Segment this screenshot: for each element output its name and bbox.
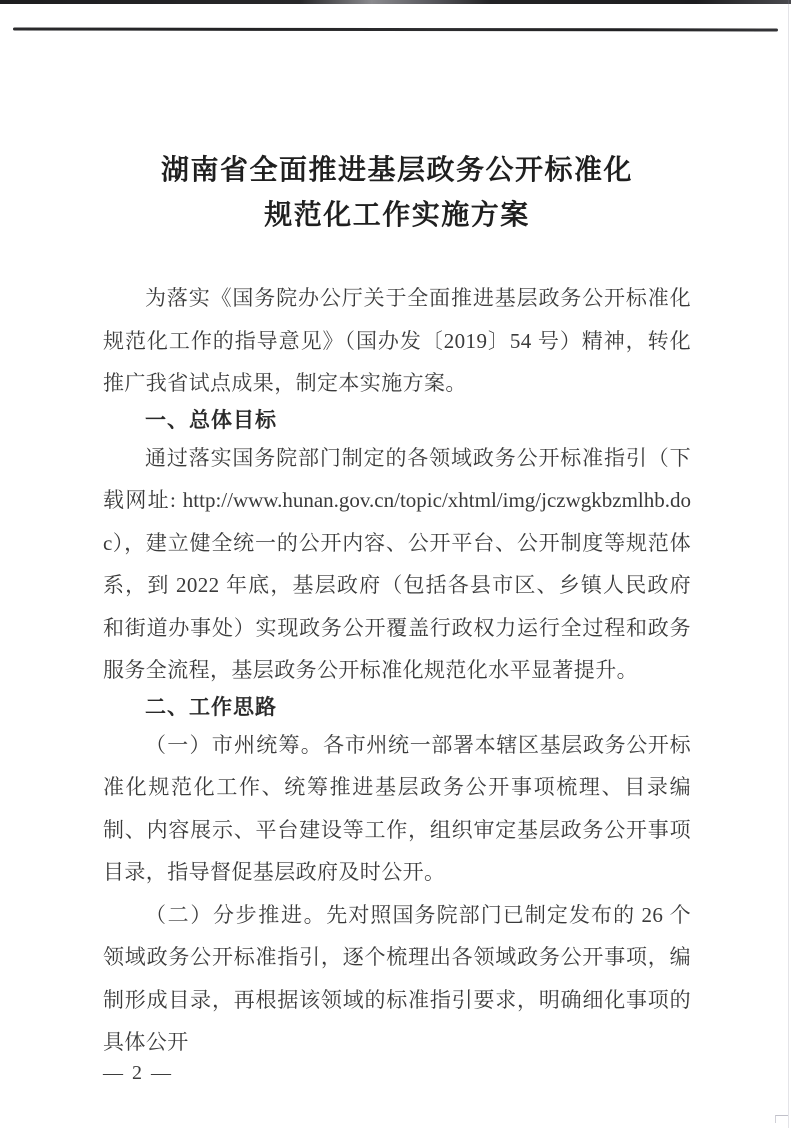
section-heading-overall-goals: 一、总体目标 xyxy=(103,405,691,437)
document-title: 湖南省全面推进基层政务公开标准化 规范化工作实施方案 xyxy=(103,148,691,238)
overall-goals-paragraph: 通过落实国务院部门制定的各领域政务公开标准指引（下载网址: http://www… xyxy=(103,437,691,692)
scanned-document-page: 湖南省全面推进基层政务公开标准化 规范化工作实施方案 为落实《国务院办公厅关于全… xyxy=(0,0,791,1128)
work-item-step-by-step: （二）分步推进。先对照国务院部门已制定发布的 26 个领域政务公开标准指引，逐个… xyxy=(103,894,691,1064)
document-title-line2: 规范化工作实施方案 xyxy=(103,193,691,238)
paragraph-text-after-url: ），建立健全统一的公开内容、公开平台、公开制度等规范体系，到 2022 年底，基… xyxy=(103,531,691,683)
intro-paragraph: 为落实《国务院办公厅关于全面推进基层政务公开标准化规范化工作的指导意见》（国办发… xyxy=(103,277,691,405)
work-item-city-coordination: （一）市州统筹。各市州统一部署本辖区基层政务公开标准化规范化工作、统筹推进基层政… xyxy=(103,724,691,894)
item-2-lead: （二）分步推进。 xyxy=(145,903,326,927)
scan-artifact-corner-tick xyxy=(775,1115,788,1123)
scan-artifact-right-edge xyxy=(788,0,789,1128)
page-number: — 2 — xyxy=(103,1060,691,1086)
section-heading-work-approach: 二、工作思路 xyxy=(103,692,691,724)
document-title-line1: 湖南省全面推进基层政务公开标准化 xyxy=(103,148,691,193)
item-1-lead: （一）市州统筹。 xyxy=(145,733,323,757)
document-content: 湖南省全面推进基层政务公开标准化 规范化工作实施方案 为落实《国务院办公厅关于全… xyxy=(103,0,691,1086)
